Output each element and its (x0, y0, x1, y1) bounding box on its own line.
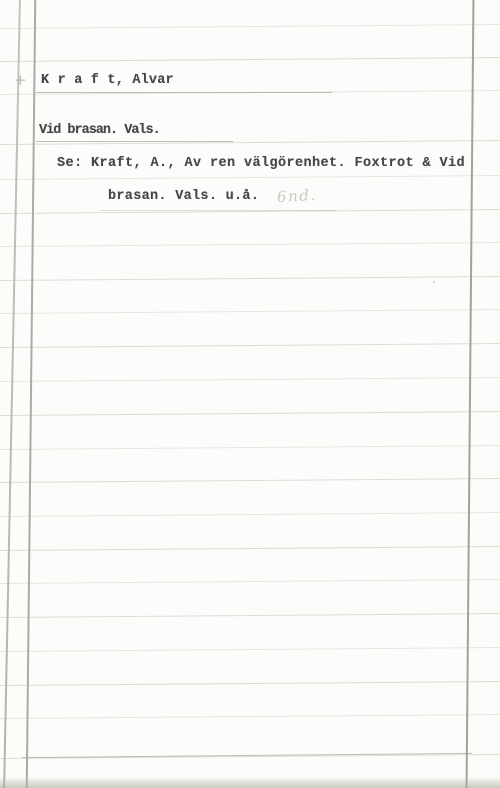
ruled-line (0, 647, 500, 652)
card-margin-line (25, 0, 35, 788)
rule-segment-bottom (22, 753, 472, 758)
ruled-line (0, 24, 500, 29)
pencil-plus-mark: + (14, 71, 27, 89)
ruled-line (0, 343, 500, 348)
ruled-lines-layer (0, 0, 500, 788)
see-reference-line-1: Se: Kraft, A., Av ren välgörenhet. Foxtr… (57, 157, 465, 171)
work-title-line: Vid brasan. Vals. (39, 124, 160, 138)
rule-segment-under-reference (100, 210, 336, 211)
paper-speck (332, 300, 334, 301)
card-right-edge-line (465, 0, 474, 788)
ruled-line (0, 681, 500, 686)
ruled-line (0, 242, 500, 247)
card-heading-author: K r a f t, Alvar (41, 74, 174, 88)
ruled-line (0, 445, 500, 450)
pencil-annotation: 6nd. (277, 186, 317, 206)
ruled-line (0, 57, 500, 62)
ruled-line (0, 613, 500, 618)
card-left-edge-line (3, 0, 21, 788)
ruled-line (0, 546, 500, 551)
ruled-line (0, 478, 500, 483)
card-bottom-edge-shadow (0, 777, 500, 788)
ruled-line (0, 411, 500, 416)
ruled-line (0, 175, 500, 180)
ruled-line (0, 276, 500, 281)
ruled-line (0, 512, 500, 517)
rule-segment-under-heading (36, 92, 332, 93)
see-reference-line-2: brasan. Vals. u.å. (108, 190, 259, 204)
ruled-line (0, 579, 500, 584)
ruled-line (0, 309, 500, 314)
catalog-card: + K r a f t, Alvar Vid brasan. Vals. Se:… (0, 0, 500, 788)
rule-segment-under-title (36, 141, 233, 142)
ruled-line (0, 714, 500, 719)
ruled-line (0, 377, 500, 382)
paper-speck (433, 281, 435, 283)
